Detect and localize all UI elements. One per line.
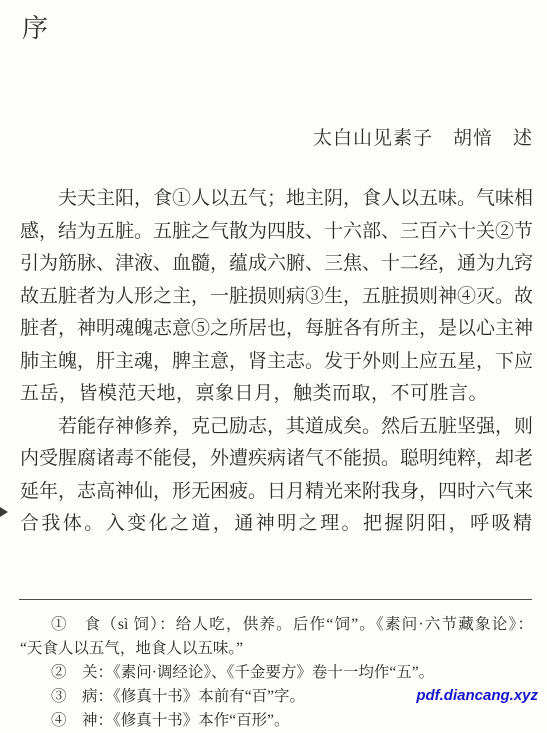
footnotes: ① 食（sì 饲）：给人吃，供养。后作“饲”。《素问·六节藏象论》： “天食人以… <box>20 613 533 733</box>
body-line: 内受腥腐诸毒不能侵，外遭疾病诸气不能损。聪明纯粹，却老 <box>20 443 532 476</box>
body-line: 脏者，神明魂魄志意⑤之所居也，每脏各有所主，是以心主神， <box>20 313 532 346</box>
body-line: 引为筋脉、津液、血髓，蕴成六腑、三焦、十二经，通为九窍。 <box>20 248 532 281</box>
body-line: 五岳，皆模范天地，禀象日月，触类而取，不可胜言。 <box>20 378 532 411</box>
footnote-line: ④ 神：《修真十书》本作“百形”。 <box>20 709 533 733</box>
body-line: 感，结为五脏。五脏之气散为四肢、十六部、三百六十关②节， <box>20 216 532 249</box>
body-line: 延年，志高神仙，形无困疲。日月精光来附我身，四时六气来 <box>20 476 532 509</box>
body-line: 若能存神修养，克己励志，其道成矣。然后五脏坚强，则 <box>20 411 532 444</box>
book-page: 序 太白山见素子 胡愔 述 夫天主阳，食①人以五气；地主阴，食人以五味。气味相 … <box>0 0 547 733</box>
footnote-divider <box>19 599 532 600</box>
body-line: 肺主魄，肝主魂，脾主意，肾主志。发于外则上应五星，下应 <box>20 346 532 379</box>
watermark-url: pdf.diancang.xyz <box>416 687 538 704</box>
footnote-line: ① 食（sì 饲）：给人吃，供养。后作“饲”。《素问·六节藏象论》： <box>20 613 533 637</box>
page-title: 序 <box>22 8 48 45</box>
footnote-line: “天食人以五气，地食人以五味。” <box>20 637 533 661</box>
body-line: 故五脏者为人形之主，一脏损则病③生，五脏损则神④灭。故五 <box>20 281 532 314</box>
footnote-line: ② 关：《素问·调经论》、《千金要方》卷十一均作“五”。 <box>20 661 533 685</box>
author-attribution: 太白山见素子 胡愔 述 <box>313 123 533 150</box>
body-line: 合我体。入变化之道，通神明之理。把握阴阳，呼吸精 <box>20 508 532 541</box>
body-text: 夫天主阳，食①人以五气；地主阴，食人以五味。气味相 感，结为五脏。五脏之气散为四… <box>20 183 532 541</box>
margin-artifact-mark <box>0 507 8 517</box>
body-line: 夫天主阳，食①人以五气；地主阴，食人以五味。气味相 <box>20 183 532 216</box>
